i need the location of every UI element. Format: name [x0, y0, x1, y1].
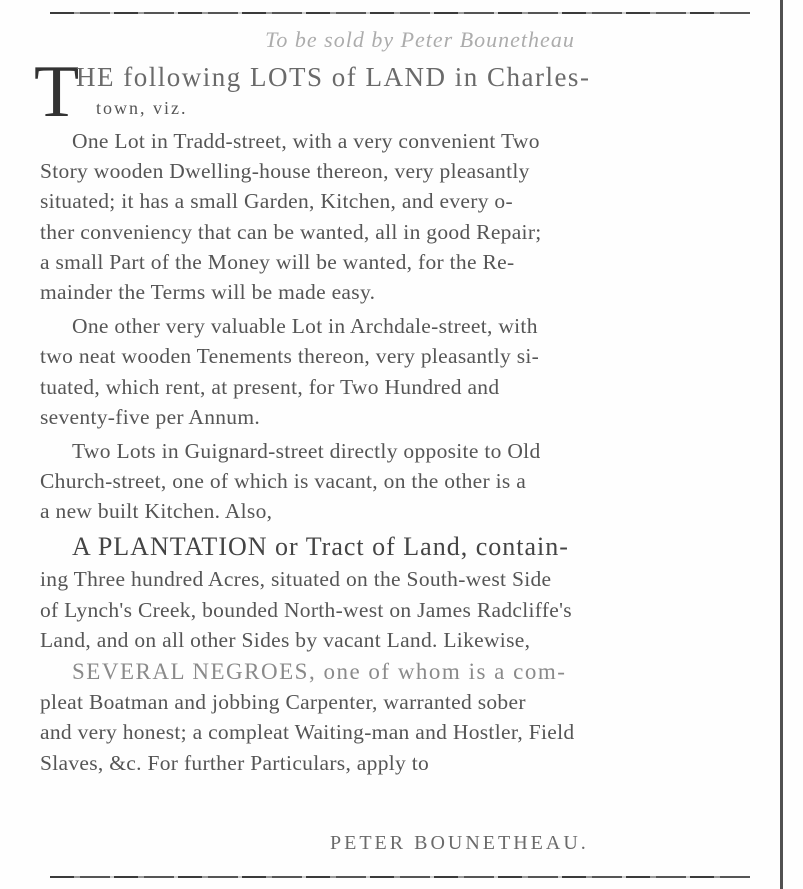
paragraph-tradd-street: One Lot in Tradd-street, with a very con…: [40, 126, 770, 307]
text-line: mainder the Terms will be made easy.: [40, 277, 770, 307]
text-line: One other very valuable Lot in Archdale-…: [40, 311, 770, 341]
seller-line: To be sold by Peter Bounetheau: [40, 24, 770, 56]
advertisement: To be sold by Peter Bounetheau T HE foll…: [40, 24, 770, 778]
bottom-rule-divider: [50, 876, 750, 878]
paragraph-plantation: A PLANTATION or Tract of Land, contain- …: [40, 532, 770, 655]
paragraph-archdale-street: One other very valuable Lot in Archdale-…: [40, 311, 770, 432]
top-rule-divider: [50, 12, 750, 14]
text-line: seventy-five per Annum.: [40, 402, 770, 432]
negroes-heading-line: SEVERAL NEGROES, one of whom is a com-: [40, 657, 770, 687]
text-line: ther conveniency that can be wanted, all…: [40, 217, 770, 247]
text-line: situated; it has a small Garden, Kitchen…: [40, 186, 770, 216]
newspaper-page: To be sold by Peter Bounetheau T HE foll…: [0, 0, 803, 889]
drop-cap: T: [34, 60, 79, 124]
lead-line-1: HE following LOTS of LAND in Charles-: [76, 62, 590, 93]
lead-paragraph: T HE following LOTS of LAND in Charles- …: [40, 56, 770, 124]
text-line: a small Part of the Money will be wanted…: [40, 247, 770, 277]
text-line: and very honest; a compleat Waiting-man …: [40, 717, 770, 747]
plantation-heading-line: A PLANTATION or Tract of Land, contain-: [40, 532, 770, 564]
text-line: Slaves, &c. For further Particulars, app…: [40, 748, 770, 778]
text-line: ing Three hundred Acres, situated on the…: [40, 564, 770, 594]
column-rule: [780, 0, 783, 889]
text-line: Land, and on all other Sides by vacant L…: [40, 625, 770, 655]
text-line: tuated, which rent, at present, for Two …: [40, 372, 770, 402]
lead-line-2: town, viz.: [96, 98, 188, 119]
signature: PETER BOUNETHEAU.: [330, 832, 589, 855]
text-line: pleat Boatman and jobbing Carpenter, war…: [40, 687, 770, 717]
text-line: of Lynch's Creek, bounded North-west on …: [40, 595, 770, 625]
paragraph-negroes: SEVERAL NEGROES, one of whom is a com- p…: [40, 657, 770, 778]
paragraph-guignard-street: Two Lots in Guignard-street directly opp…: [40, 436, 770, 527]
text-line: a new built Kitchen. Also,: [40, 496, 770, 526]
text-line: Church-street, one of which is vacant, o…: [40, 466, 770, 496]
text-line: Two Lots in Guignard-street directly opp…: [40, 436, 770, 466]
text-line: two neat wooden Tenements thereon, very …: [40, 341, 770, 371]
text-line: Story wooden Dwelling-house thereon, ver…: [40, 156, 770, 186]
text-line: One Lot in Tradd-street, with a very con…: [40, 126, 770, 156]
